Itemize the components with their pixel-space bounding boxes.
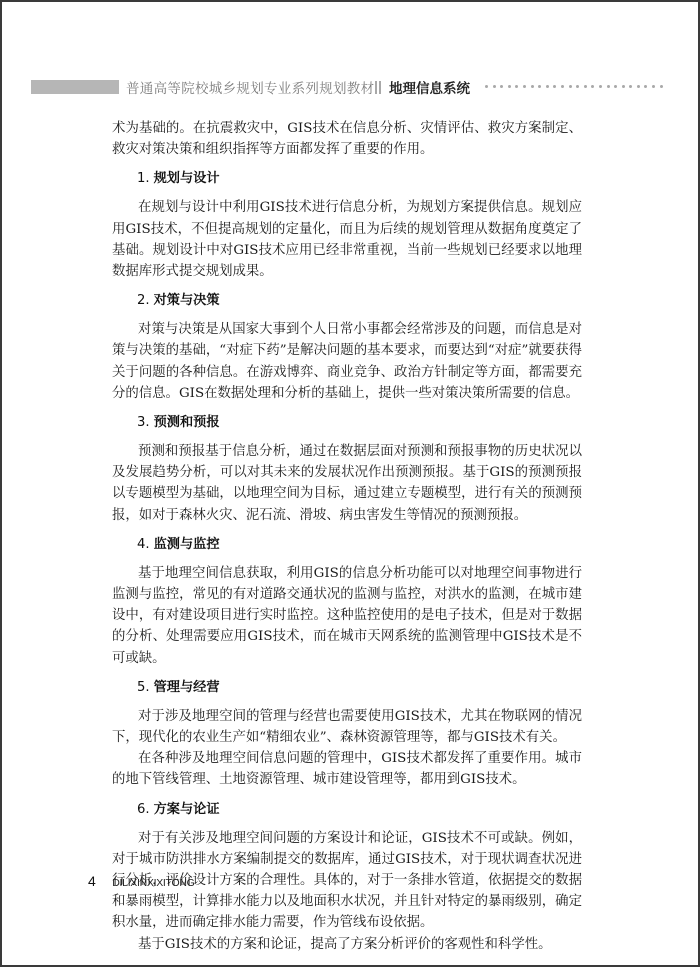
paragraph: 在规划与设计中利用GIS技术进行信息分析，为规划方案提供信息。规划应用GIS技术…: [112, 197, 582, 282]
section-heading: 6.方案与论证: [112, 800, 582, 820]
section-number: 1.: [137, 171, 150, 186]
section-number: 3.: [137, 415, 150, 430]
running-footer-text: DILIXINXIXITONG: [112, 877, 194, 889]
dot-icon: [500, 85, 503, 88]
header-separator: [375, 81, 381, 94]
section-planning-design: 1.规划与设计 在规划与设计中利用GIS技术进行信息分析，为规划方案提供信息。规…: [112, 169, 582, 282]
section-heading: 3.预测和预报: [112, 413, 582, 433]
section-countermeasure-decision: 2.对策与决策 对策与决策是从国家大事到个人日常小事都会经常涉及的问题，而信息是…: [112, 291, 582, 404]
paragraph: 对于涉及地理空间的管理与经营也需要使用GIS技术，尤其在物联网的情况下，现代化的…: [112, 706, 582, 748]
paragraph: 在各种涉及地理空间信息问题的管理中，GIS技术都发挥了重要作用。城市的地下管线管…: [112, 748, 582, 790]
dot-icon: [569, 85, 572, 88]
header-decor-bar: [31, 80, 119, 94]
dot-icon: [553, 85, 556, 88]
dot-icon: [652, 85, 655, 88]
section-title: 规划与设计: [154, 171, 220, 186]
dot-icon: [523, 85, 526, 88]
dot-icon: [546, 85, 549, 88]
page-number: 4: [88, 873, 96, 889]
section-management-operation: 5.管理与经营 对于涉及地理空间的管理与经营也需要使用GIS技术，尤其在物联网的…: [112, 678, 582, 791]
section-title: 对策与决策: [154, 293, 220, 308]
book-page: 普通高等院校城乡规划专业系列规划教材 地理信息系统 术为基础的。在抗震救灾中，G…: [0, 0, 700, 967]
paragraph: 对策与决策是从国家大事到个人日常小事都会经常涉及的问题，而信息是对策与决策的基础…: [112, 319, 582, 404]
book-title: 地理信息系统: [389, 77, 470, 97]
paragraph: 基于GIS技术的方案和论证，提高了方案分析评价的客观性和科学性。: [112, 934, 582, 955]
dot-icon: [637, 85, 640, 88]
dot-icon: [531, 85, 534, 88]
paragraph: 基于地理空间信息获取，利用GIS的信息分析功能可以对地理空间事物进行监测与监控，…: [112, 563, 582, 669]
section-heading: 5.管理与经营: [112, 678, 582, 698]
section-title: 预测和预报: [154, 415, 220, 430]
dot-icon: [515, 85, 518, 88]
dot-icon: [538, 85, 541, 88]
section-heading: 1.规划与设计: [112, 169, 582, 189]
dot-icon: [622, 85, 625, 88]
dot-icon: [561, 85, 564, 88]
section-title: 监测与监控: [154, 537, 220, 552]
series-title: 普通高等院校城乡规划专业系列规划教材: [126, 77, 374, 97]
dot-icon: [493, 85, 496, 88]
section-title: 方案与论证: [154, 802, 220, 817]
section-heading: 2.对策与决策: [112, 291, 582, 311]
intro-paragraph: 术为基础的。在抗震救灾中，GIS技术在信息分析、灾情评估、救灾方案制定、救灾对策…: [112, 118, 582, 160]
dot-icon: [584, 85, 587, 88]
header-dot-leader: [485, 85, 663, 90]
section-heading: 4.监测与监控: [112, 535, 582, 555]
dot-icon: [599, 85, 602, 88]
section-number: 6.: [137, 802, 150, 817]
dot-icon: [629, 85, 632, 88]
dot-icon: [660, 85, 663, 88]
section-number: 2.: [137, 293, 150, 308]
page-footer: 4 DILIXINXIXITONG: [88, 873, 195, 891]
section-prediction-forecast: 3.预测和预报 预测和预报基于信息分析，通过在数据层面对预测和预报事物的历史状况…: [112, 413, 582, 526]
section-number: 4.: [137, 537, 150, 552]
section-title: 管理与经营: [154, 680, 220, 695]
dot-icon: [607, 85, 610, 88]
dot-icon: [614, 85, 617, 88]
page-body: 术为基础的。在抗震救灾中，GIS技术在信息分析、灾情评估、救灾方案制定、救灾对策…: [112, 118, 582, 955]
dot-icon: [508, 85, 511, 88]
paragraph: 预测和预报基于信息分析，通过在数据层面对预测和预报事物的历史状况以及发展趋势分析…: [112, 441, 582, 526]
dot-icon: [644, 85, 647, 88]
dot-icon: [591, 85, 594, 88]
dot-icon: [576, 85, 579, 88]
section-number: 5.: [137, 680, 150, 695]
section-monitoring-control: 4.监测与监控 基于地理空间信息获取，利用GIS的信息分析功能可以对地理空间事物…: [112, 535, 582, 669]
dot-icon: [485, 85, 488, 88]
